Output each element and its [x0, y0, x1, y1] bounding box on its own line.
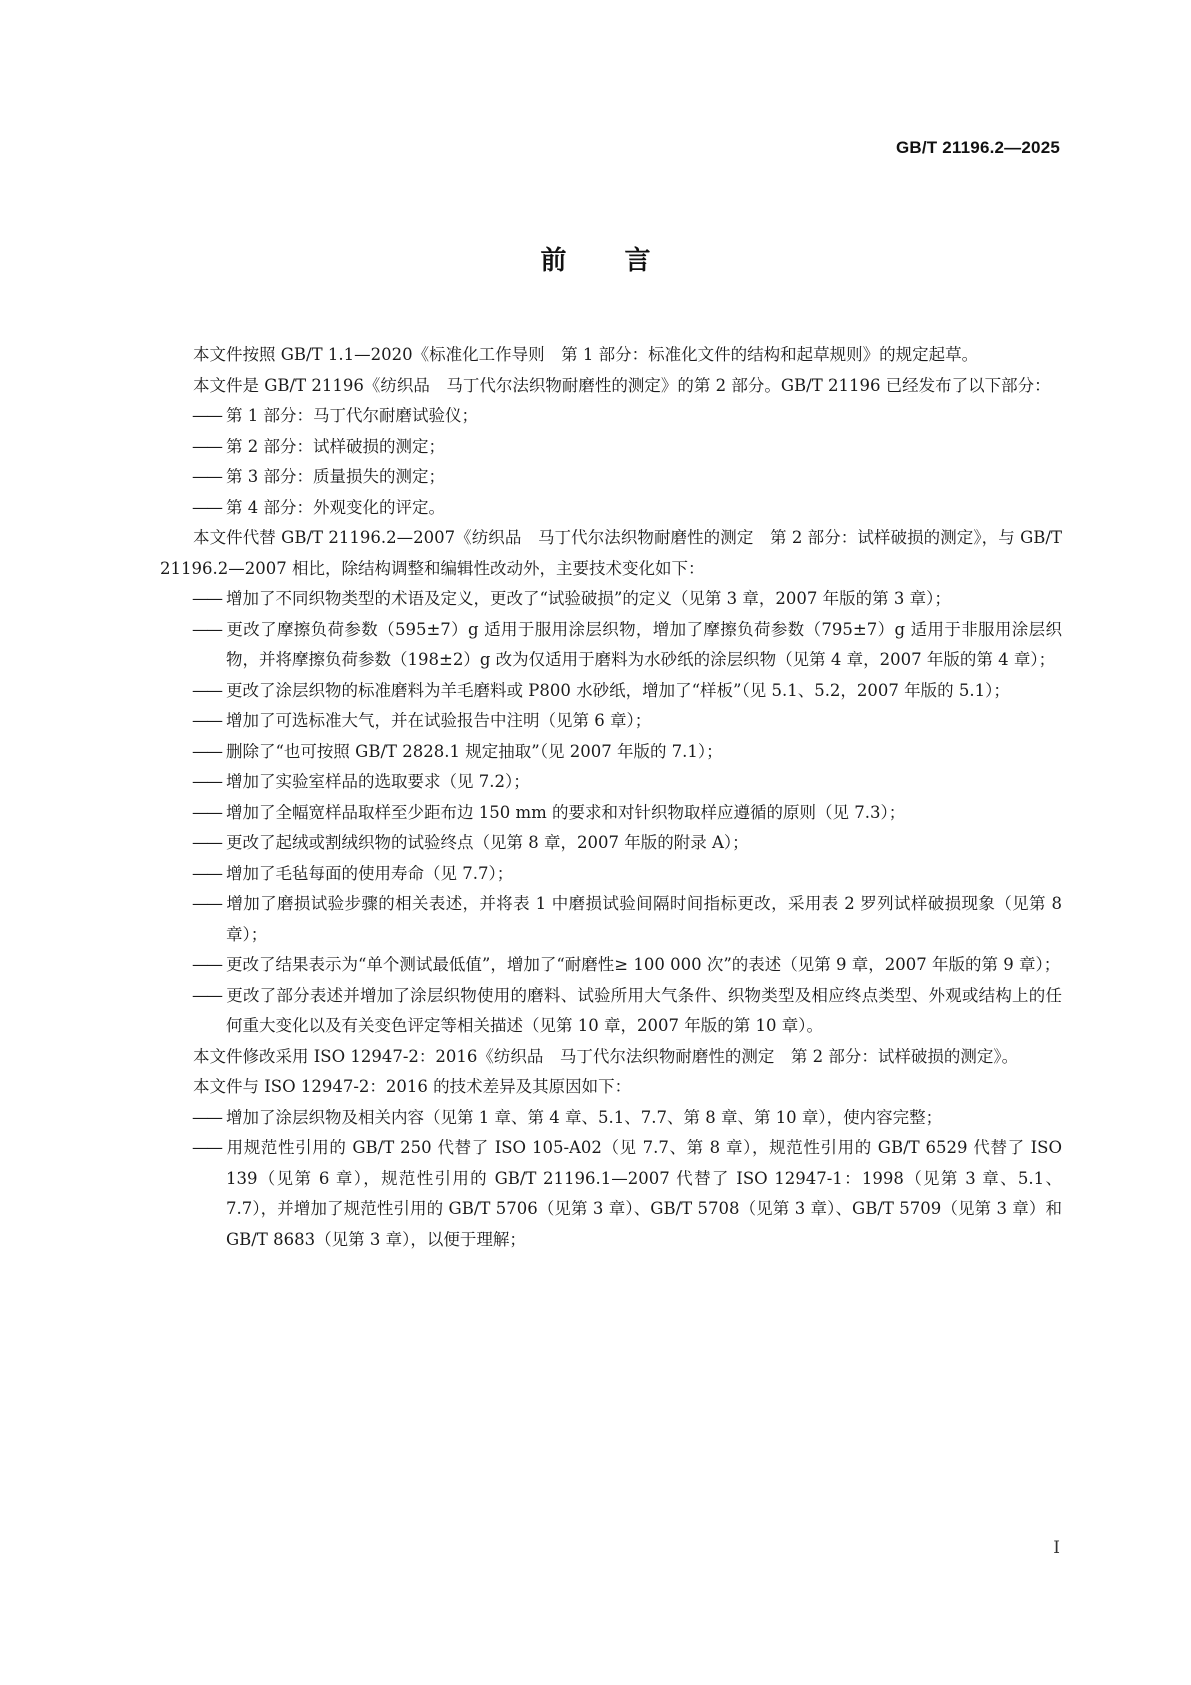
list-item-change: ——增加了磨损试验步骤的相关表述，并将表 1 中磨损试验间隔时间指标更改，采用表…: [160, 889, 1062, 950]
list-item-change: ——增加了不同织物类型的术语及定义，更改了“试验破损”的定义（见第 3 章，20…: [160, 584, 1062, 615]
list-item-change: ——删除了“也可按照 GB/T 2828.1 规定抽取”（见 2007 年版的 …: [160, 737, 1062, 768]
dash-bullet: ——: [192, 981, 226, 1012]
dash-bullet: ——: [192, 584, 226, 615]
list-item-part: ——第 3 部分：质量损失的测定；: [160, 462, 1062, 493]
list-item-change: ——更改了部分表述并增加了涂层织物使用的磨料、试验所用大气条件、织物类型及相应终…: [160, 981, 1062, 1042]
list-item-part: ——第 4 部分：外观变化的评定。: [160, 493, 1062, 524]
dash-bullet: ——: [192, 493, 226, 524]
list-item-change: ——更改了结果表示为“单个测试最低值”，增加了“耐磨性≥ 100 000 次”的…: [160, 950, 1062, 981]
foreword-body: 本文件按照 GB/T 1.1—2020《标准化工作导则 第 1 部分：标准化文件…: [160, 340, 1062, 1255]
paragraph-differences-intro: 本文件与 ISO 12947-2：2016 的技术差异及其原因如下：: [160, 1072, 1062, 1103]
list-item-difference: ——用规范性引用的 GB/T 250 代替了 ISO 105-A02（见 7.7…: [160, 1133, 1062, 1255]
paragraph-part-intro: 本文件是 GB/T 21196《纺织品 马丁代尔法织物耐磨性的测定》的第 2 部…: [160, 371, 1062, 402]
dash-bullet: ——: [192, 462, 226, 493]
dash-bullet: ——: [192, 828, 226, 859]
paragraph-drafting-rules: 本文件按照 GB/T 1.1—2020《标准化工作导则 第 1 部分：标准化文件…: [160, 340, 1062, 371]
list-item-change: ——增加了毛毡每面的使用寿命（见 7.7）；: [160, 859, 1062, 890]
dash-bullet: ——: [192, 950, 226, 981]
list-item-change: ——增加了可选标准大气，并在试验报告中注明（见第 6 章）；: [160, 706, 1062, 737]
dash-bullet: ——: [192, 859, 226, 890]
dash-bullet: ——: [192, 615, 226, 646]
dash-bullet: ——: [192, 798, 226, 829]
page-title: 前言: [0, 240, 1191, 277]
list-item-difference: ——增加了涂层织物及相关内容（见第 1 章、第 4 章、5.1、7.7、第 8 …: [160, 1103, 1062, 1134]
dash-bullet: ——: [192, 889, 226, 920]
paragraph-replaces: 本文件代替 GB/T 21196.2—2007《纺织品 马丁代尔法织物耐磨性的测…: [160, 523, 1062, 584]
list-item-change: ——更改了起绒或割绒织物的试验终点（见第 8 章，2007 年版的附录 A）；: [160, 828, 1062, 859]
list-item-change: ——增加了实验室样品的选取要求（见 7.2）；: [160, 767, 1062, 798]
list-item-part: ——第 1 部分：马丁代尔耐磨试验仪；: [160, 401, 1062, 432]
paragraph-adoption: 本文件修改采用 ISO 12947-2：2016《纺织品 马丁代尔法织物耐磨性的…: [160, 1042, 1062, 1073]
list-item-part: ——第 2 部分：试样破损的测定；: [160, 432, 1062, 463]
title-char-1: 前: [540, 246, 566, 276]
dash-bullet: ——: [192, 737, 226, 768]
standard-number-header: GB/T 21196.2—2025: [896, 138, 1060, 158]
document-page: GB/T 21196.2—2025 前言 本文件按照 GB/T 1.1—2020…: [0, 0, 1191, 1685]
list-item-change: ——更改了摩擦负荷参数（595±7）g 适用于服用涂层织物，增加了摩擦负荷参数（…: [160, 615, 1062, 676]
dash-bullet: ——: [192, 1103, 226, 1134]
dash-bullet: ——: [192, 1133, 226, 1164]
dash-bullet: ——: [192, 706, 226, 737]
dash-bullet: ——: [192, 432, 226, 463]
list-item-change: ——更改了涂层织物的标准磨料为羊毛磨料或 P800 水砂纸，增加了“样板”（见 …: [160, 676, 1062, 707]
dash-bullet: ——: [192, 401, 226, 432]
list-item-change: ——增加了全幅宽样品取样至少距布边 150 mm 的要求和对针织物取样应遵循的原…: [160, 798, 1062, 829]
dash-bullet: ——: [192, 767, 226, 798]
page-number: I: [1053, 1538, 1060, 1558]
title-char-2: 言: [625, 246, 651, 276]
dash-bullet: ——: [192, 676, 226, 707]
